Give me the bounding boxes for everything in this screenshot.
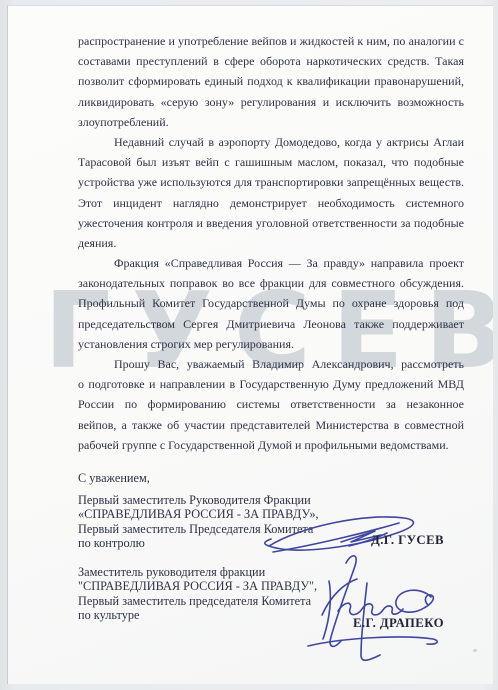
text-line: Тарасовой был изъят вейп с гашишным масл…	[78, 152, 464, 172]
scan-artifact-speck	[473, 649, 477, 652]
body-paragraphs: распространение и употребление вейпов и …	[78, 31, 464, 455]
text-line: Этот инцидент наглядно демонстрирует нео…	[78, 193, 464, 213]
text-line: деяния.	[78, 233, 464, 253]
text-line: позволит сформировать единый подход к кв…	[78, 71, 464, 91]
text-line: распространение и употребление вейпов и …	[78, 31, 464, 51]
paragraph: Фракция «Справедливая Россия — За правду…	[78, 253, 464, 354]
text-line: Профильный Комитет Государственной Думы …	[78, 293, 464, 313]
text-line: установления строгих мер регулирования.	[78, 334, 464, 354]
text-line: России по формированию системы ответстве…	[78, 394, 464, 414]
paragraph: распространение и употребление вейпов и …	[78, 31, 464, 132]
text-line: о подготовке и направлении в Государстве…	[78, 374, 464, 394]
closing-salutation: С уважением,	[78, 471, 150, 486]
letter-page: ГУСЕВ распространение и употребление вей…	[7, 5, 493, 684]
paragraph: Недавний случай в аэропорту Домодедово, …	[78, 132, 464, 253]
signatory-name-gusev: Д.Г. ГУСЕВ	[371, 533, 444, 548]
signatory-name-drapeko: Е.Г. ДРАПЕКО	[353, 616, 444, 631]
text-line: ужесточения контроля и введения уголовно…	[78, 213, 464, 233]
text-line: законодательных поправок во все фракции …	[78, 273, 464, 293]
text-line: злоупотреблений.	[78, 112, 464, 132]
letter-content: распространение и употребление вейпов и …	[8, 6, 493, 684]
text-line: Фракция «Справедливая Россия — За правду…	[78, 253, 464, 273]
text-line: Прошу Вас, уважаемый Владимир Александро…	[78, 354, 464, 374]
paragraph: Прошу Вас, уважаемый Владимир Александро…	[78, 354, 464, 455]
text-line: Недавний случай в аэропорту Домодедово, …	[78, 132, 464, 152]
text-line: рабочей группе с Государственной Думой и…	[78, 435, 464, 455]
text-line: ликвидировать «серую зону» регулирования…	[78, 92, 464, 112]
text-line: председательством Сергея Дмитриевича Лео…	[78, 314, 464, 334]
text-line: составами преступлений в сфере оборота н…	[78, 51, 464, 71]
text-line: устройства уже используются для транспор…	[78, 172, 464, 192]
text-line: вейпов, а также об участии представителе…	[78, 415, 464, 435]
drapeko-signature-ink	[294, 549, 446, 667]
